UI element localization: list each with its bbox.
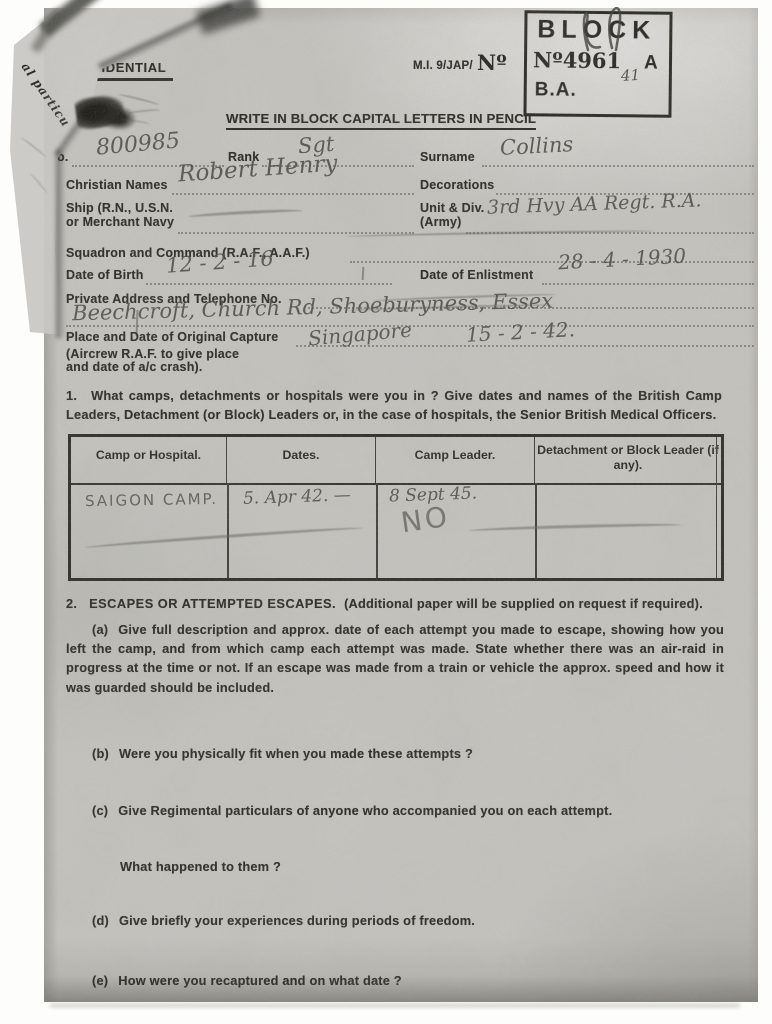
row-dates-value: 5. Apr 42. — (243, 485, 351, 509)
header-camp-or-hospital: Camp or Hospital. (71, 437, 227, 483)
stamp-ba-text: B.A. (535, 79, 577, 101)
squadron-dotted-line (350, 259, 754, 263)
field-unit-label-line1: Unit & Div. (420, 201, 484, 215)
question-2b-label: (b) (92, 746, 109, 761)
table-rule-3 (535, 483, 537, 578)
question-1-text: What camps, detachments or hospitals wer… (66, 388, 722, 422)
question-2d-label: (d) (92, 913, 109, 928)
question-2c-followup: What happened to them ? (120, 857, 680, 876)
header-detachment-leader: Detachment or Block Leader (if any). (535, 437, 721, 483)
dob-dotted-line (146, 281, 392, 285)
field-capture-label: Place and Date of Original Capture (66, 330, 278, 344)
stamp-handwritten-41: 41 (620, 66, 640, 85)
field-ship-label-line1: Ship (R.N., U.S.N. (66, 201, 173, 215)
table-rule-2 (376, 483, 378, 578)
no-symbol: Nº (477, 50, 507, 75)
question-2e-label: (e) (92, 973, 108, 988)
question-2e: (e)How were you recaptured and on what d… (92, 971, 712, 990)
field-decorations-label: Decorations (420, 178, 494, 192)
header-camp-leader: Camp Leader. (376, 437, 535, 483)
question-2c-text: Give Regimental particulars of anyone wh… (118, 803, 612, 818)
scanned-pow-questionnaire: FIDENTIAL M.I. 9/JAP/ Nº BLOCK Nº4961 41… (0, 0, 772, 1024)
question-2-title: ESCAPES OR ATTEMPTED ESCAPES. (89, 596, 336, 611)
stamp-letter-a: A (644, 52, 658, 74)
field-surname-label: Surname (420, 150, 475, 164)
block-capitals-instruction: WRITE IN BLOCK CAPITAL LETTERS IN PENCIL (226, 111, 536, 130)
row-leader-answer-no: NO (399, 500, 452, 539)
question-2d: (d)Give briefly your experiences during … (92, 911, 712, 930)
field-surname-value: Collins (499, 132, 573, 160)
question-2c: (c)Give Regimental particulars of anyone… (92, 801, 712, 820)
table-rule-1 (227, 483, 229, 578)
question-2a-label: (a) (92, 622, 108, 637)
question-2b: (b)Were you physically fit when you made… (92, 744, 712, 763)
enlistment-dotted-line (542, 281, 754, 285)
question-2-heading: 2.ESCAPES OR ATTEMPTED ESCAPES.(Addition… (66, 594, 724, 613)
camp-table-header-row: Camp or Hospital. Dates. Camp Leader. De… (71, 437, 721, 485)
question-2a-text: Give full description and approx. date o… (66, 622, 724, 695)
question-2-note: (Additional paper will be supplied on re… (344, 596, 703, 611)
table-pencil-stroke-right (469, 522, 681, 531)
question-2c-followup-text: What happened to them ? (120, 859, 281, 874)
question-2e-text: How were you recaptured and on what date… (118, 973, 402, 988)
ship-dotted-line (178, 230, 414, 234)
mi9-reference: M.I. 9/JAP/ (413, 60, 473, 72)
field-capture-note-line2: and date of a/c crash). (66, 360, 203, 374)
paper-bottom-edge-shadow (50, 1004, 740, 1007)
question-2c-label: (c) (92, 803, 108, 818)
christian-dotted-line (172, 191, 414, 195)
question-1-number: 1. (66, 388, 77, 403)
question-1: 1.What camps, detachments or hospitals w… (66, 386, 722, 424)
field-capture-note-line1: (Aircrew R.A.F. to give place (66, 347, 239, 361)
paper-fastener-blob (99, 104, 137, 132)
row-camp-value: SAIGON CAMP. (85, 490, 218, 510)
table-pencil-stroke-left (85, 525, 363, 547)
question-2a: (a)Give full description and approx. dat… (66, 620, 724, 697)
field-christian-names-label: Christian Names (66, 178, 168, 192)
question-2b-text: Were you physically fit when you made th… (119, 746, 473, 761)
field-unit-label-line2: (Army) (420, 215, 461, 229)
header-dates: Dates. (227, 437, 376, 483)
field-ship-label-line2: or Merchant Navy (66, 215, 174, 229)
question-2d-text: Give briefly your experiences during per… (119, 913, 475, 928)
field-enlistment-label: Date of Enlistment (420, 268, 533, 282)
pencil-scribble-icon (560, 0, 660, 54)
table-rule-right-inner (716, 437, 718, 578)
confidential-underline (87, 78, 173, 81)
field-dob-label: Date of Birth (66, 268, 144, 282)
camp-table: Camp or Hospital. Dates. Camp Leader. De… (68, 434, 724, 581)
surname-dotted-line (482, 163, 754, 167)
question-2-number: 2. (66, 596, 77, 611)
